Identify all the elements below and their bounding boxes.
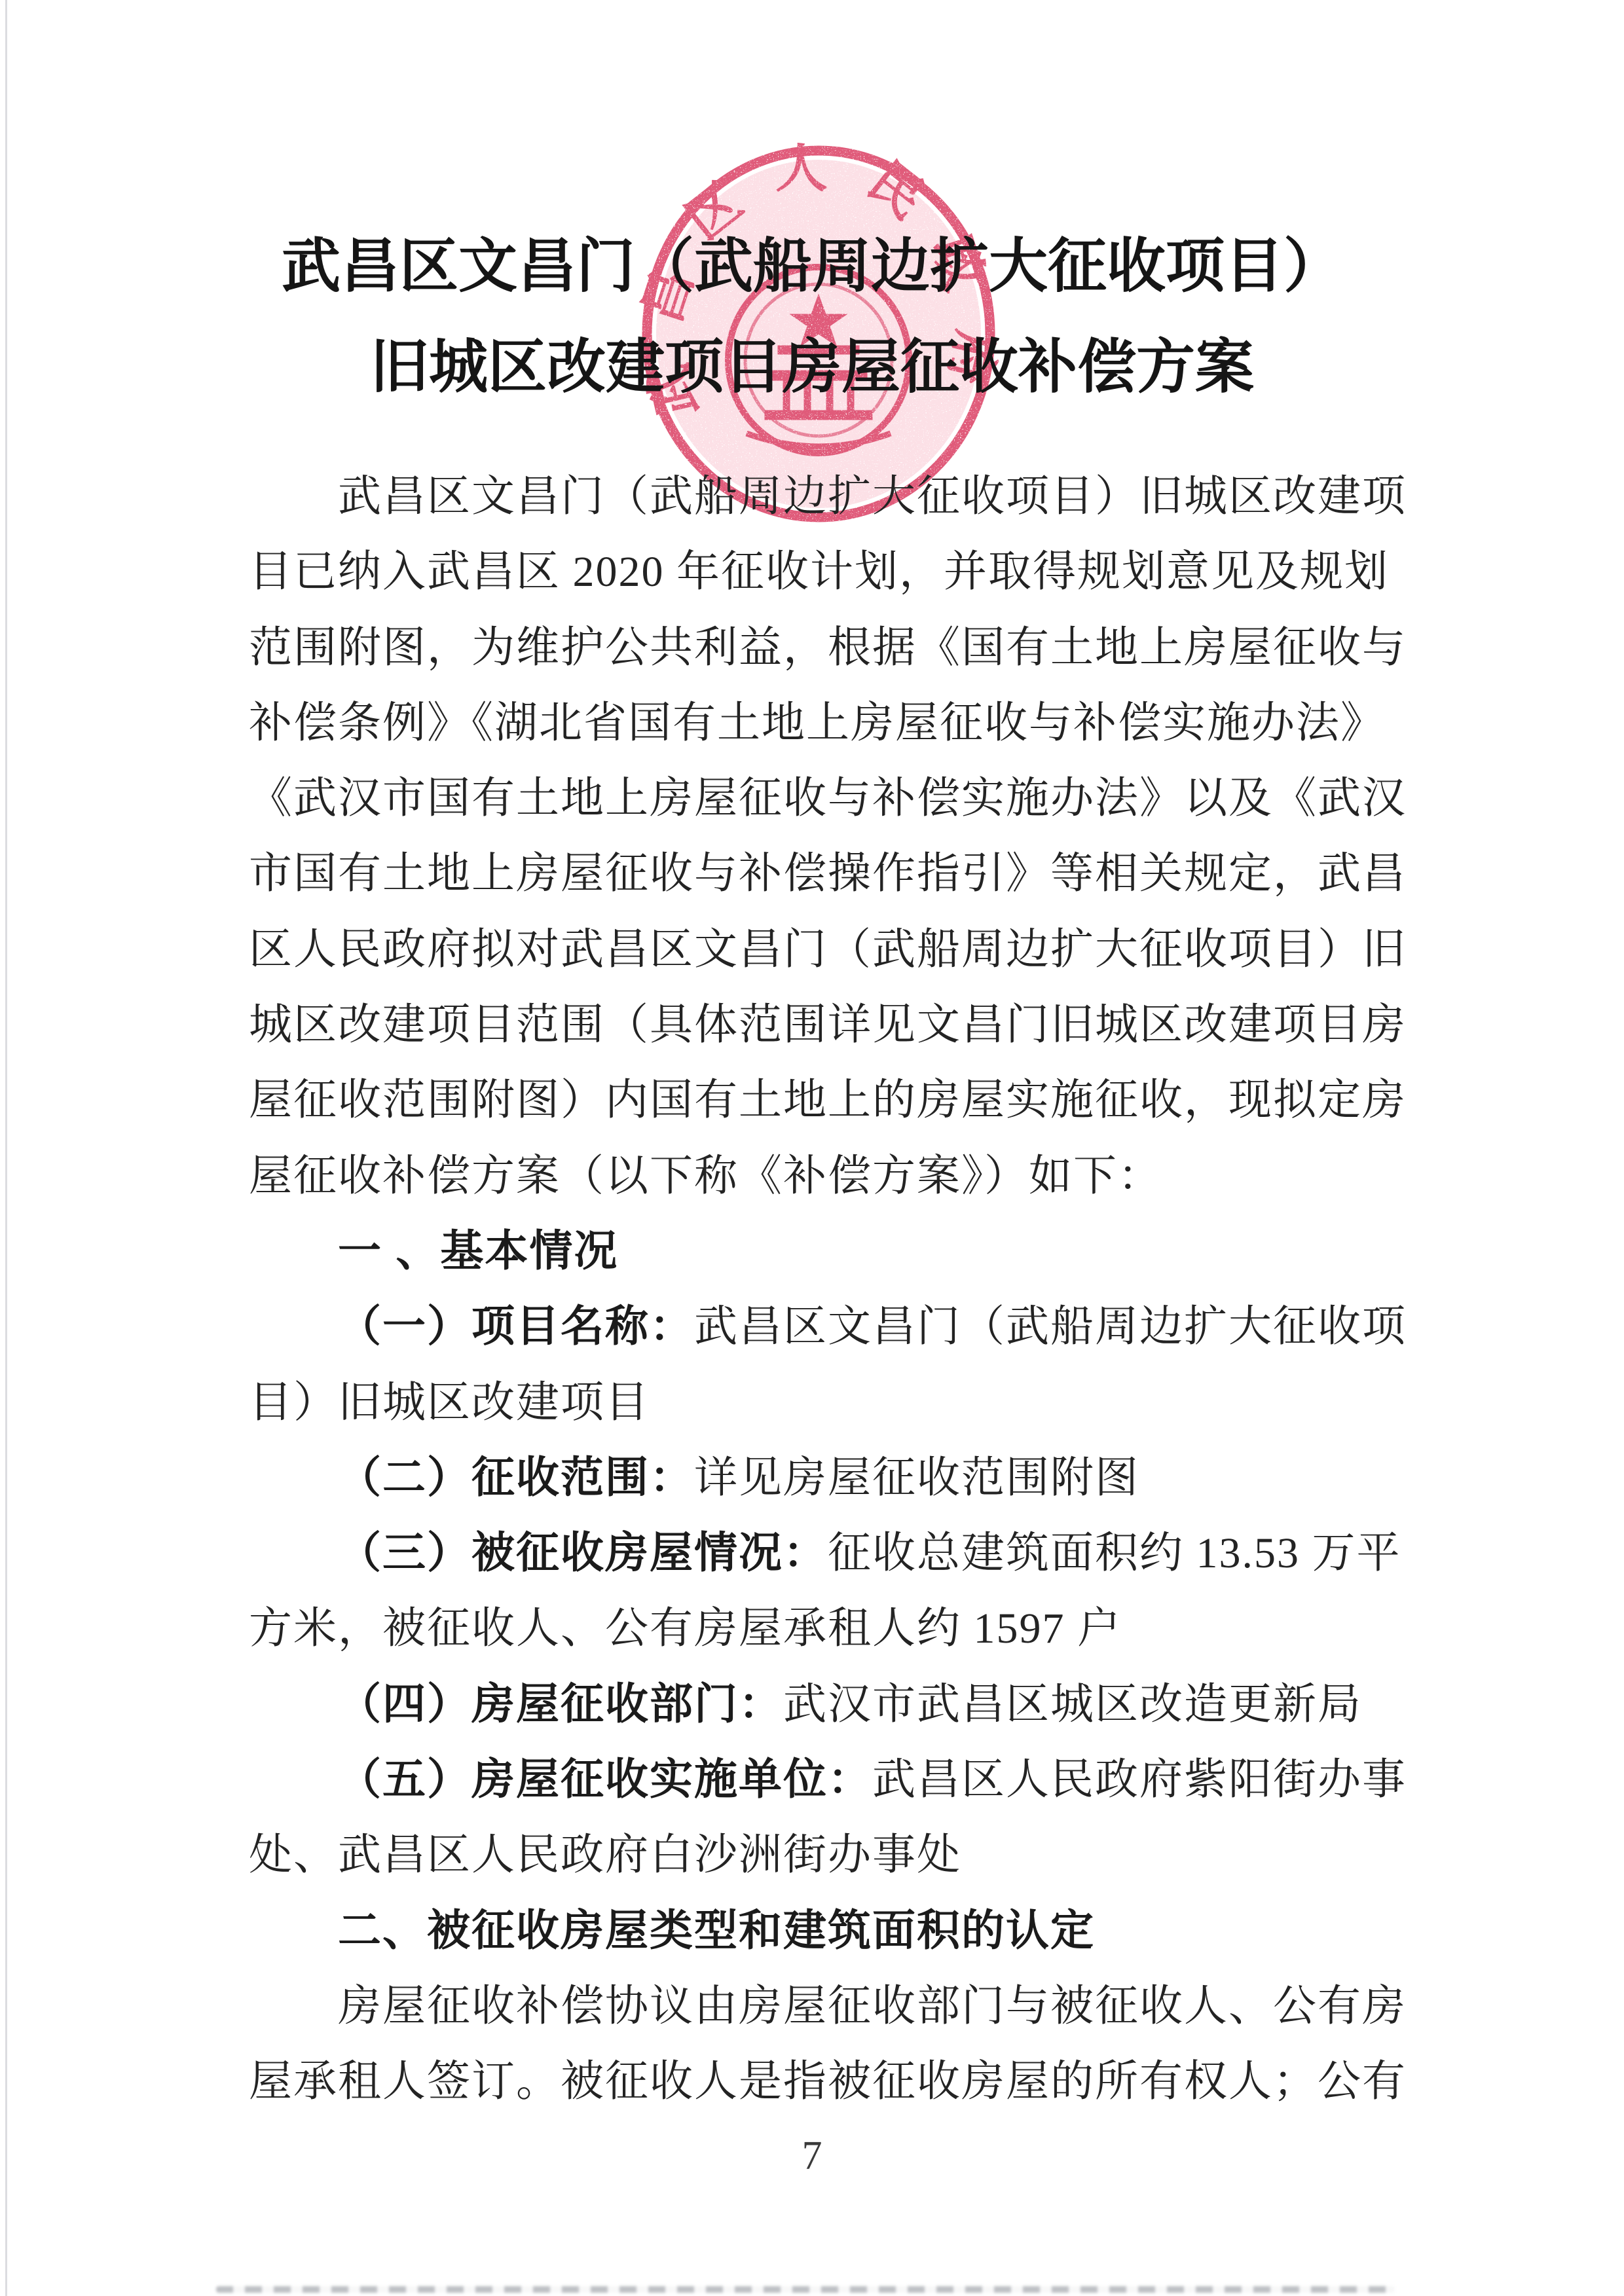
body-line: （五）房屋征收实施单位：武昌区人民政府紫阳街办事 [249, 1741, 1408, 1817]
body-line: 市国有土地上房屋征收与补偿操作指引》等相关规定，武昌 [249, 835, 1408, 911]
body-line-text: 房屋征收补偿协议由房屋征收部门与被征收人、公有房 [338, 1982, 1407, 2030]
body-line-label: （四）房屋征收部门： [338, 1679, 783, 1728]
section-heading-2: 二、被征收房屋类型和建筑面积的认定 [249, 1893, 1408, 1968]
body-line-text: 范围附图，为维护公共利益，根据《国有土地上房屋征收与 [249, 624, 1407, 672]
body-line: 处、武昌区人民政府白沙洲街办事处 [249, 1817, 1408, 1892]
body-line-text: 征收总建筑面积约 13.53 万平 [828, 1529, 1401, 1577]
body-line: 武昌区文昌门（武船周边扩大征收项目）旧城区改建项 [249, 458, 1408, 534]
body-line: （一）项目名称：武昌区文昌门（武船周边扩大征收项 [249, 1288, 1408, 1364]
body-line-text: 屋征收补偿方案（以下称《补偿方案》）如下： [249, 1152, 1162, 1200]
body-line: 屋征收补偿方案（以下称《补偿方案》）如下： [249, 1138, 1408, 1213]
page-number: 7 [0, 2133, 1624, 2179]
body-line: 方米，被征收人、公有房屋承租人约 1597 户 [249, 1590, 1408, 1666]
body-line-text: 屋征收范围附图）内国有土地上的房屋实施征收，现拟定房 [249, 1076, 1407, 1124]
title-line-2: 旧城区改建项目房屋征收补偿方案 [0, 317, 1624, 418]
body-line-text: 武昌区文昌门（武船周边扩大征收项 [694, 1303, 1407, 1351]
body-line: 区人民政府拟对武昌区文昌门（武船周边扩大征收项目）旧 [249, 911, 1408, 987]
body-line-label: （二）征收范围： [338, 1453, 694, 1501]
section-heading-1: 一 、基本情况 [249, 1213, 1408, 1288]
document-page: 武昌区人民政府 武昌区文昌门（武船周边扩大征收项目） 旧城区改建项目房屋征收补偿… [0, 0, 1624, 2296]
body-line: 屋征收范围附图）内国有土地上的房屋实施征收，现拟定房 [249, 1062, 1408, 1137]
body-line: （二）征收范围：详见房屋征收范围附图 [249, 1440, 1408, 1515]
title-line-1: 武昌区文昌门（武船周边扩大征收项目） [0, 216, 1624, 317]
body-line: 城区改建项目范围（具体范围详见文昌门旧城区改建项目房 [249, 987, 1408, 1062]
body-line-text: 武昌区文昌门（武船周边扩大征收项目）旧城区改建项 [338, 473, 1407, 520]
body-line-text: 方米，被征收人、公有房屋承租人约 1597 户 [249, 1605, 1122, 1652]
body-line-text: 市国有土地上房屋征收与补偿操作指引》等相关规定，武昌 [249, 850, 1407, 898]
body-line: 《武汉市国有土地上房屋征收与补偿实施办法》以及《武汉 [249, 760, 1408, 835]
body-line-text: 目已纳入武昌区 2020 年征收计划，并取得规划意见及规划 [249, 548, 1389, 596]
body-line-label: （三）被征收房屋情况： [338, 1528, 828, 1576]
body-line-text: 详见房屋征收范围附图 [694, 1454, 1139, 1502]
body-line-label: （一）项目名称： [338, 1302, 694, 1350]
body-line-label: （五）房屋征收实施单位： [338, 1755, 872, 1803]
body-line-text: 补偿条例》《湖北省国有土地上房屋征收与补偿实施办法》 [249, 699, 1385, 747]
body-line-text: 目）旧城区改建项目 [249, 1379, 650, 1427]
body-line-label: 二、被征收房屋类型和建筑面积的认定 [338, 1906, 1095, 1954]
body-line: 目已纳入武昌区 2020 年征收计划，并取得规划意见及规划 [249, 534, 1408, 609]
document-body: 武昌区文昌门（武船周边扩大征收项目）旧城区改建项 目已纳入武昌区 2020 年征… [249, 458, 1408, 2119]
body-line-text: 武昌区人民政府紫阳街办事 [872, 1756, 1407, 1804]
body-line: 房屋征收补偿协议由房屋征收部门与被征收人、公有房 [249, 1968, 1408, 2043]
body-line: 补偿条例》《湖北省国有土地上房屋征收与补偿实施办法》 [249, 685, 1408, 760]
body-line: 目）旧城区改建项目 [249, 1364, 1408, 1440]
body-line-text: 《武汉市国有土地上房屋征收与补偿实施办法》以及《武汉 [249, 774, 1407, 822]
body-line-text: 区人民政府拟对武昌区文昌门（武船周边扩大征收项目）旧 [249, 926, 1407, 974]
body-line-text: 武汉市武昌区城区改造更新局 [783, 1681, 1362, 1728]
body-line: 屋承租人签订。被征收人是指被征收房屋的所有权人；公有 [249, 2043, 1408, 2119]
body-line-text: 处、武昌区人民政府白沙洲街办事处 [249, 1831, 961, 1879]
document-title: 武昌区文昌门（武船周边扩大征收项目） 旧城区改建项目房屋征收补偿方案 [0, 216, 1624, 418]
bleed-through-artifact [216, 2286, 1395, 2293]
body-line: 范围附图，为维护公共利益，根据《国有土地上房屋征收与 [249, 610, 1408, 685]
body-line-text: 城区改建项目范围（具体范围详见文昌门旧城区改建项目房 [249, 1001, 1407, 1049]
body-line: （四）房屋征收部门：武汉市武昌区城区改造更新局 [249, 1666, 1408, 1741]
body-line: （三）被征收房屋情况：征收总建筑面积约 13.53 万平 [249, 1515, 1408, 1590]
body-line-label: 一 、基本情况 [338, 1226, 618, 1275]
body-line-text: 屋承租人签订。被征收人是指被征收房屋的所有权人；公有 [249, 2058, 1407, 2105]
